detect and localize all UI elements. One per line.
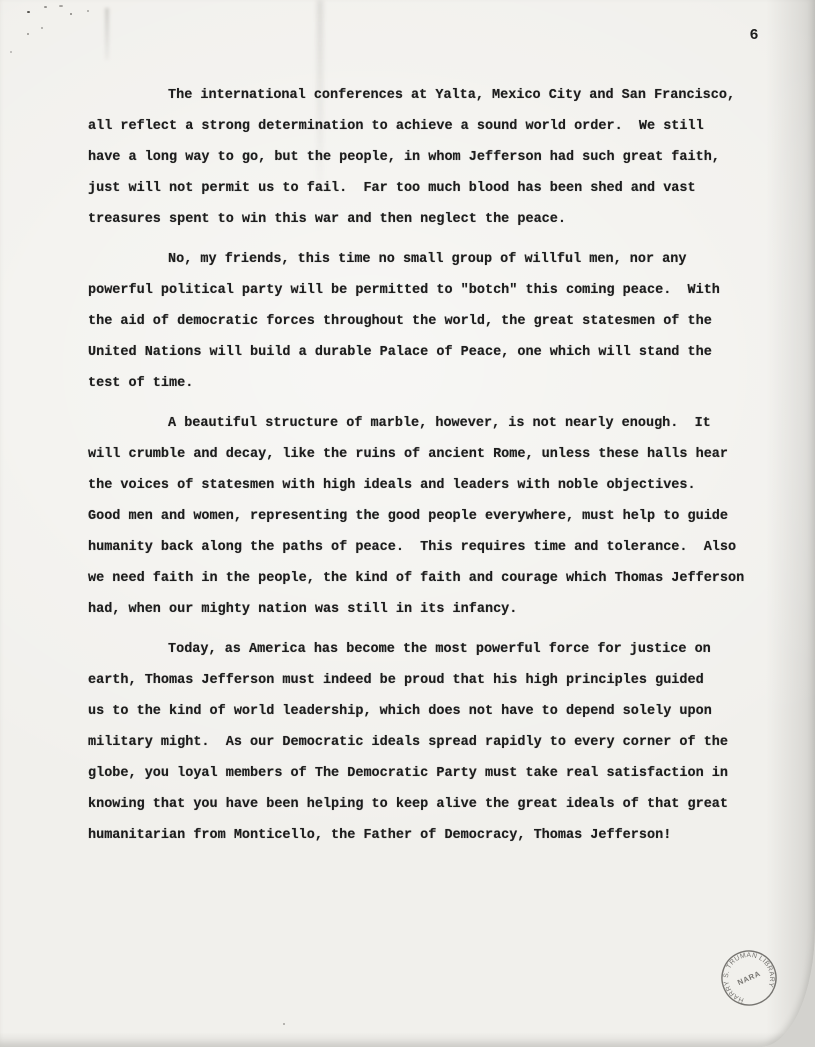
paragraph-2: No, my friends, this time no small group… — [88, 244, 788, 399]
truman-library-nara-stamp-icon: HARRY S. TRUMAN LIBRARY NARA — [711, 940, 787, 1016]
stamp-center-text: NARA — [736, 969, 762, 987]
paragraph-4: Today, as America has become the most po… — [88, 634, 788, 851]
paragraph-3: A beautiful structure of marble, however… — [88, 408, 788, 625]
scanned-page: 6 The international conferences at Yalta… — [0, 0, 815, 1047]
paragraph-1: The international conferences at Yalta, … — [88, 80, 788, 235]
page-number: 6 — [742, 27, 766, 44]
document-text: The international conferences at Yalta, … — [88, 80, 788, 851]
